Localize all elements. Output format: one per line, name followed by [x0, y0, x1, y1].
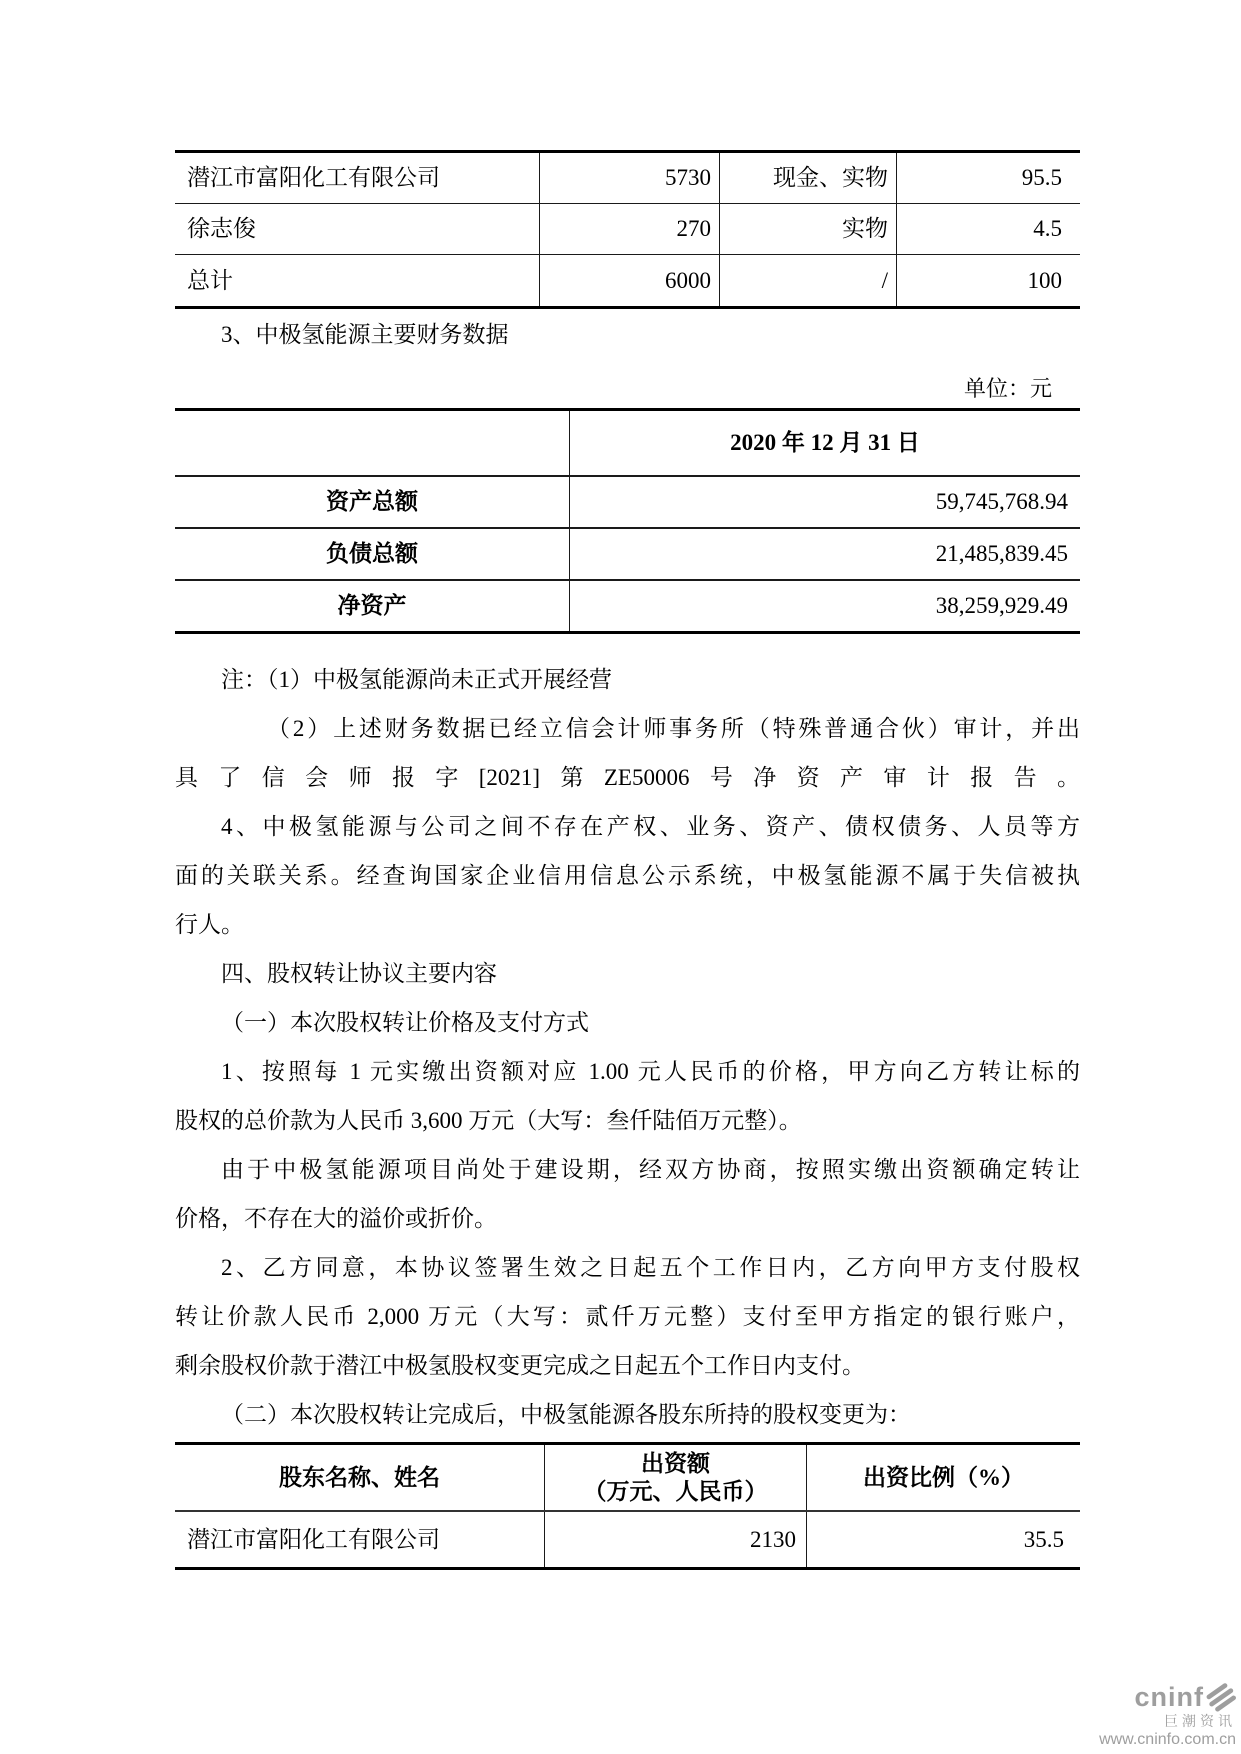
table-row: 负债总额 21,485,839.45	[175, 529, 1080, 581]
row-value: 21,485,839.45	[570, 529, 1080, 579]
date-header: 2020 年 12 月 31 日	[570, 411, 1080, 475]
shareholder-name: 潜江市富阳化工有限公司	[175, 153, 540, 203]
column-header-amount: 出资额 （万元、人民币）	[545, 1445, 807, 1510]
document-content: 潜江市富阳化工有限公司 5730 现金、实物 95.5 徐志俊 270 实物 4…	[175, 0, 1080, 1570]
contribution-amount: 270	[540, 204, 720, 254]
paragraph-line: 1、按照每 1 元实缴出资额对应 1.00 元人民币的价格，甲方向乙方转让标的	[175, 1047, 1080, 1096]
row-label: 负债总额	[175, 529, 570, 579]
unit-label: 单位：元	[175, 376, 1080, 402]
empty-header-cell	[175, 411, 570, 475]
cninfo-swirl-icon	[1206, 1682, 1236, 1712]
table-row: 资产总额 59,745,768.94	[175, 477, 1080, 529]
note-line: 具了信会师报字[2021]第ZE50006号净资产审计报告。	[175, 753, 1080, 802]
paragraph-line: 行人。	[175, 900, 1080, 949]
cninfo-chinese-name: 巨潮资讯	[1099, 1713, 1236, 1730]
shareholder-name: 潜江市富阳化工有限公司	[175, 1512, 545, 1567]
cninfo-url: www.cninfo.com.cn	[1099, 1730, 1236, 1749]
table-row-total: 总计 6000 / 100	[175, 255, 1080, 306]
contribution-method: 现金、实物	[720, 153, 897, 203]
document-page: 潜江市富阳化工有限公司 5730 现金、实物 95.5 徐志俊 270 实物 4…	[0, 0, 1241, 1754]
note-line: （2）上述财务数据已经立信会计师事务所（特殊普通合伙）审计，并出	[175, 704, 1080, 753]
paragraph-line: 2、乙方同意，本协议签署生效之日起五个工作日内，乙方向甲方支付股权	[175, 1243, 1080, 1292]
column-header-pct: 出资比例（%）	[807, 1445, 1080, 1510]
column-header-amount-line1: 出资额	[641, 1450, 710, 1478]
table-row: 徐志俊 270 实物 4.5	[175, 204, 1080, 255]
body-text: 注：（1）中极氢能源尚未正式开展经营 （2）上述财务数据已经立信会计师事务所（特…	[175, 655, 1080, 1439]
equity-contribution-table: 潜江市富阳化工有限公司 5730 现金、实物 95.5 徐志俊 270 实物 4…	[175, 150, 1080, 309]
column-header-name: 股东名称、姓名	[175, 1445, 545, 1510]
contribution-amount: 5730	[540, 153, 720, 203]
column-header-amount-line2: （万元、人民币）	[584, 1478, 768, 1506]
financial-data-table: 2020 年 12 月 31 日 资产总额 59,745,768.94 负债总额…	[175, 408, 1080, 634]
table-header-row: 2020 年 12 月 31 日	[175, 411, 1080, 477]
paragraph-line: 转让价款人民币 2,000 万元（大写：贰仟万元整）支付至甲方指定的银行账户，	[175, 1292, 1080, 1341]
cninfo-watermark: cninf 巨潮资讯 www.cninfo.com.cn	[1099, 1682, 1236, 1749]
total-amount: 6000	[540, 255, 720, 306]
section-heading: 四、股权转让协议主要内容	[175, 949, 1080, 998]
note-line: 注：（1）中极氢能源尚未正式开展经营	[175, 655, 1080, 704]
shareholder-name: 徐志俊	[175, 204, 540, 254]
cninfo-brand: cninf	[1099, 1682, 1236, 1712]
total-pct: 100	[897, 255, 1080, 306]
contribution-method: 实物	[720, 204, 897, 254]
paragraph-line: 由于中极氢能源项目尚处于建设期，经双方协商，按照实缴出资额确定转让	[175, 1145, 1080, 1194]
section-heading-financial-data: 3、中极氢能源主要财务数据	[175, 322, 1080, 348]
table-row: 净资产 38,259,929.49	[175, 581, 1080, 631]
subsection-heading: （一）本次股权转让价格及支付方式	[175, 998, 1080, 1047]
row-value: 59,745,768.94	[570, 477, 1080, 527]
total-label: 总计	[175, 255, 540, 306]
contribution-amount: 2130	[545, 1512, 807, 1567]
contribution-pct: 95.5	[897, 153, 1080, 203]
table-row: 潜江市富阳化工有限公司 2130 35.5	[175, 1512, 1080, 1567]
paragraph-line: 剩余股权价款于潜江中极氢股权变更完成之日起五个工作日内支付。	[175, 1341, 1080, 1390]
row-label: 净资产	[175, 581, 570, 631]
cninfo-brand-text: cninf	[1135, 1684, 1205, 1710]
table-row: 潜江市富阳化工有限公司 5730 现金、实物 95.5	[175, 153, 1080, 204]
paragraph-line: 股权的总价款为人民币 3,600 万元（大写：叁仟陆佰万元整）。	[175, 1096, 1080, 1145]
paragraph-line: 4、中极氢能源与公司之间不存在产权、业务、资产、债权债务、人员等方	[175, 802, 1080, 851]
subsection-heading: （二）本次股权转让完成后，中极氢能源各股东所持的股权变更为：	[175, 1390, 1080, 1439]
contribution-pct: 35.5	[807, 1512, 1080, 1567]
shareholding-table: 股东名称、姓名 出资额 （万元、人民币） 出资比例（%） 潜江市富阳化工有限公司…	[175, 1442, 1080, 1570]
total-method: /	[720, 255, 897, 306]
paragraph-line: 面的关联关系。经查询国家企业信用信息公示系统，中极氢能源不属于失信被执	[175, 851, 1080, 900]
paragraph-line: 价格，不存在大的溢价或折价。	[175, 1194, 1080, 1243]
contribution-pct: 4.5	[897, 204, 1080, 254]
table-header-row: 股东名称、姓名 出资额 （万元、人民币） 出资比例（%）	[175, 1445, 1080, 1512]
row-label: 资产总额	[175, 477, 570, 527]
row-value: 38,259,929.49	[570, 581, 1080, 631]
